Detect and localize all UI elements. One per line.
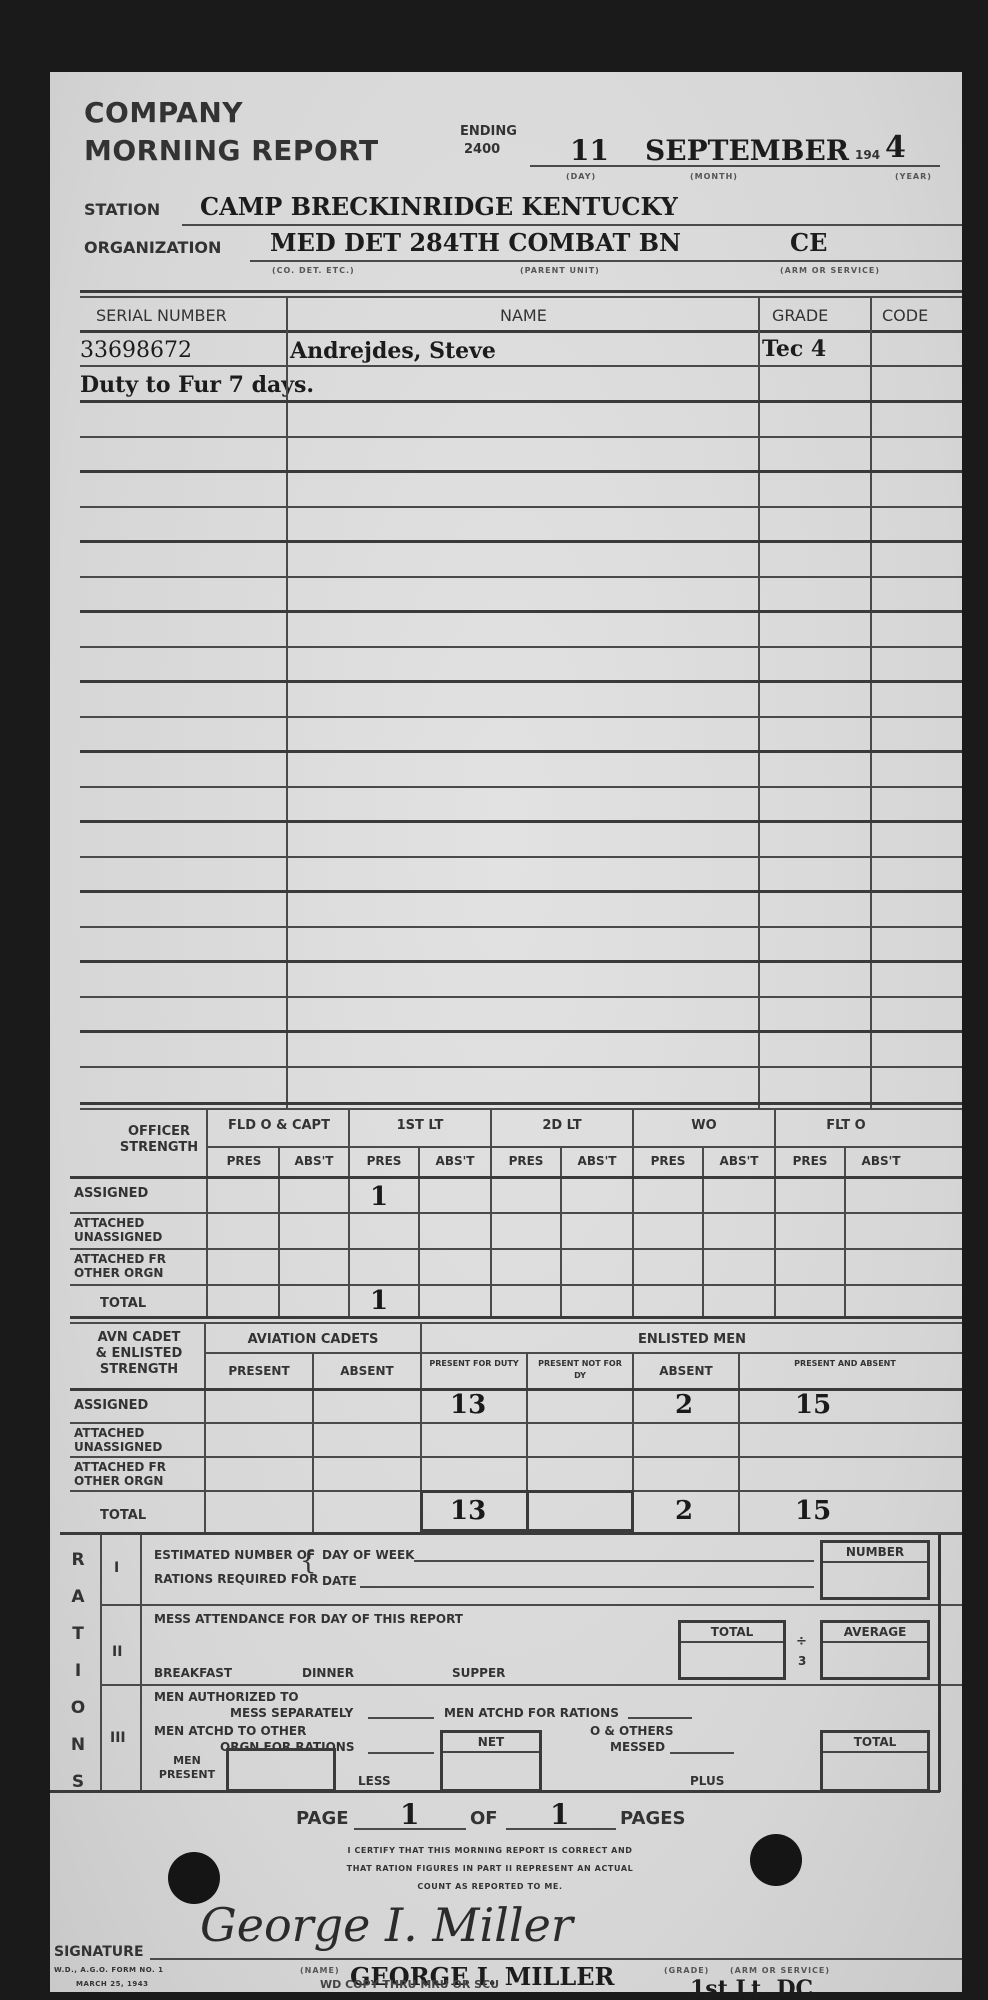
date-field[interactable] <box>360 1586 814 1588</box>
others-1: O & OTHERS <box>590 1724 674 1738</box>
soldier-grade: Tec 4 <box>762 336 826 362</box>
men-present-1: MEN <box>154 1754 220 1767</box>
report-month: SEPTEMBER <box>645 134 849 167</box>
group-flt-o: FLT O <box>776 1118 916 1133</box>
group-2d-lt: 2D LT <box>492 1118 632 1133</box>
part-2-numeral: II <box>112 1644 122 1660</box>
ending-time: 2400 <box>464 142 500 157</box>
men-present-2: PRESENT <box>150 1768 224 1781</box>
report-day: 11 <box>570 134 609 167</box>
dinner-label: DINNER <box>302 1666 354 1680</box>
header-name: NAME <box>500 306 547 325</box>
part-1-text-2: RATIONS REQUIRED FOR <box>154 1572 318 1586</box>
enlisted-present-and-absent-assigned: 15 <box>795 1390 831 1420</box>
men-atchd-other-1: MEN ATCHD TO OTHER <box>154 1724 306 1738</box>
row-label-total: TOTAL <box>100 1296 146 1311</box>
enlisted-present-and-absent-total: 15 <box>795 1496 831 1526</box>
officer-strength-title-2: STRENGTH <box>104 1140 214 1155</box>
sub-pres: PRES <box>350 1154 418 1168</box>
header-present-not-for-duty: PRESENT NOT FOR DY <box>532 1358 628 1382</box>
station-value: CAMP BRECKINRIDGE KENTUCKY <box>200 192 678 221</box>
part-1-numeral: I <box>114 1560 119 1576</box>
year-prefix: 194 <box>855 148 880 162</box>
certify-line-2: THAT RATION FIGURES IN PART II REPRESENT… <box>250 1864 730 1873</box>
signature-label: SIGNATURE <box>54 1944 144 1960</box>
mess-separately-field[interactable] <box>368 1717 434 1719</box>
row-label-assigned: ASSIGNED <box>74 1398 148 1413</box>
day-caption: (DAY) <box>566 172 596 181</box>
group-enlisted-men: ENLISTED MEN <box>422 1332 962 1347</box>
soldier-name: Andrejdes, Steve <box>290 338 496 364</box>
name-caption: (NAME) <box>300 1966 340 1975</box>
form-date: MARCH 25, 1943 <box>76 1980 149 1988</box>
group-aviation-cadets: AVIATION CADETS <box>206 1332 420 1347</box>
header-grade: GRADE <box>772 306 828 325</box>
parent-caption: (PARENT UNIT) <box>520 266 600 275</box>
enlisted-title-2: & ENLISTED <box>74 1346 204 1361</box>
arm-service-caption: (ARM OR SERVICE) <box>730 1966 830 1975</box>
part-3-total-box[interactable]: TOTAL <box>820 1730 930 1792</box>
men-authorized-2: MESS SEPARATELY <box>230 1706 353 1720</box>
row-label-attached-fr-other: ATTACHED FR OTHER ORGN <box>74 1460 204 1488</box>
signer-grade: 1st Lt. DC <box>690 1976 813 2000</box>
part-1-text-1: ESTIMATED NUMBER OF <box>154 1548 315 1562</box>
row-label-attached-fr-other: ATTACHED FR OTHER ORGN <box>74 1252 204 1280</box>
net-box[interactable]: NET <box>440 1730 542 1792</box>
group-wo: WO <box>634 1118 774 1133</box>
group-1st-lt: 1ST LT <box>350 1118 490 1133</box>
sub-abst: ABS'T <box>846 1154 916 1168</box>
sub-abst: ABS'T <box>280 1154 348 1168</box>
group-fld-o-capt: FLD O & CAPT <box>210 1118 348 1133</box>
pages-label: PAGES <box>620 1808 686 1829</box>
header-cadets-absent: ABSENT <box>314 1364 420 1378</box>
enlisted-absent-assigned: 2 <box>675 1390 693 1420</box>
sub-abst: ABS'T <box>562 1154 632 1168</box>
enlisted-title-1: AVN CADET <box>74 1330 204 1345</box>
remark-text: Duty to Fur 7 days. <box>80 372 314 398</box>
men-atchd-rations-field[interactable] <box>628 1717 692 1719</box>
sub-pres: PRES <box>492 1154 560 1168</box>
less-label: LESS <box>358 1774 391 1788</box>
orgn-rations-field[interactable] <box>368 1752 434 1754</box>
total-pages: 1 <box>550 1798 569 1831</box>
enlisted-absent-total: 2 <box>675 1496 693 1526</box>
report-year: 4 <box>885 130 906 165</box>
others-messed-field[interactable] <box>670 1752 734 1754</box>
header-cadets-present: PRESENT <box>206 1364 312 1378</box>
grade-caption: (GRADE) <box>664 1966 709 1975</box>
form-number: W.D., A.G.O. FORM NO. 1 <box>54 1966 164 1974</box>
page-number: 1 <box>400 1798 419 1831</box>
officer-strength-title-1: OFFICER <box>104 1124 214 1139</box>
part-3-numeral: III <box>110 1730 126 1746</box>
enlisted-title-3: STRENGTH <box>74 1362 204 1377</box>
form-title-line1: COMPANY <box>84 96 243 129</box>
sub-abst: ABS'T <box>704 1154 774 1168</box>
men-atchd-rations-label: MEN ATCHD FOR RATIONS <box>444 1706 619 1720</box>
sub-pres: PRES <box>776 1154 844 1168</box>
men-authorized-1: MEN AUTHORIZED TO <box>154 1690 299 1704</box>
month-caption: (MONTH) <box>690 172 738 181</box>
co-caption: (CO. DET. ETC.) <box>272 266 355 275</box>
men-present-box[interactable] <box>226 1748 336 1792</box>
arm-service-value: CE <box>790 228 827 257</box>
day-of-week-label: DAY OF WEEK <box>322 1548 414 1562</box>
organization-value: MED DET 284TH COMBAT BN <box>270 228 681 257</box>
average-box[interactable]: AVERAGE <box>820 1620 930 1680</box>
enlisted-present-for-duty-assigned: 13 <box>450 1390 486 1420</box>
year-caption: (YEAR) <box>895 172 932 181</box>
enlisted-present-for-duty-total: 13 <box>450 1496 486 1526</box>
mess-total-box[interactable]: TOTAL <box>678 1620 786 1680</box>
header-enlisted-absent: ABSENT <box>634 1364 738 1378</box>
officer-1st-lt-pres-assigned: 1 <box>370 1182 388 1212</box>
supper-label: SUPPER <box>452 1666 505 1680</box>
mess-attendance-title: MESS ATTENDANCE FOR DAY OF THIS REPORT <box>154 1612 463 1626</box>
plus-label: PLUS <box>690 1774 724 1788</box>
date-label: DATE <box>322 1574 357 1588</box>
divide-symbol: ÷ <box>796 1634 807 1649</box>
punch-hole-left <box>168 1852 220 1904</box>
row-label-total: TOTAL <box>100 1508 146 1523</box>
rations-side-letters: R A T I O N S <box>66 1542 90 1801</box>
wd-copy-note: WD COPY THRU MRU OR SCU <box>320 1978 499 1991</box>
row-label-attached-unassigned: ATTACHED UNASSIGNED <box>74 1216 204 1244</box>
station-label: STATION <box>84 200 160 219</box>
row-label-assigned: ASSIGNED <box>74 1186 148 1201</box>
sub-abst: ABS'T <box>420 1154 490 1168</box>
sub-pres: PRES <box>210 1154 278 1168</box>
day-of-week-field[interactable] <box>414 1560 814 1562</box>
sub-pres: PRES <box>634 1154 702 1168</box>
others-2: MESSED <box>610 1740 665 1754</box>
organization-label: ORGANIZATION <box>84 238 221 257</box>
officer-1st-lt-pres-total: 1 <box>370 1286 388 1316</box>
page-label: PAGE <box>296 1808 349 1829</box>
form-title-line2: MORNING REPORT <box>84 134 379 167</box>
punch-hole-right <box>750 1834 802 1886</box>
header-serial-number: SERIAL NUMBER <box>96 306 227 325</box>
number-box[interactable]: NUMBER <box>820 1540 930 1600</box>
header-code: CODE <box>882 306 928 325</box>
row-label-attached-unassigned: ATTACHED UNASSIGNED <box>74 1426 204 1454</box>
serial-number: 33698672 <box>80 338 192 363</box>
arm-caption: (ARM OR SERVICE) <box>780 266 880 275</box>
header-present-for-duty: PRESENT FOR DUTY <box>426 1358 522 1370</box>
signature-script: George I. Miller <box>200 1898 573 1952</box>
header-present-and-absent: PRESENT AND ABSENT <box>790 1358 900 1370</box>
of-label: OF <box>470 1808 498 1829</box>
certify-line-3: COUNT AS REPORTED TO ME. <box>250 1882 730 1891</box>
divide-by: 3 <box>798 1654 806 1668</box>
morning-report-form: COMPANY MORNING REPORT ENDING 2400 11 SE… <box>50 72 962 1992</box>
ending-label: ENDING <box>460 124 517 139</box>
breakfast-label: BREAKFAST <box>154 1666 232 1680</box>
certify-line-1: I CERTIFY THAT THIS MORNING REPORT IS CO… <box>250 1846 730 1855</box>
